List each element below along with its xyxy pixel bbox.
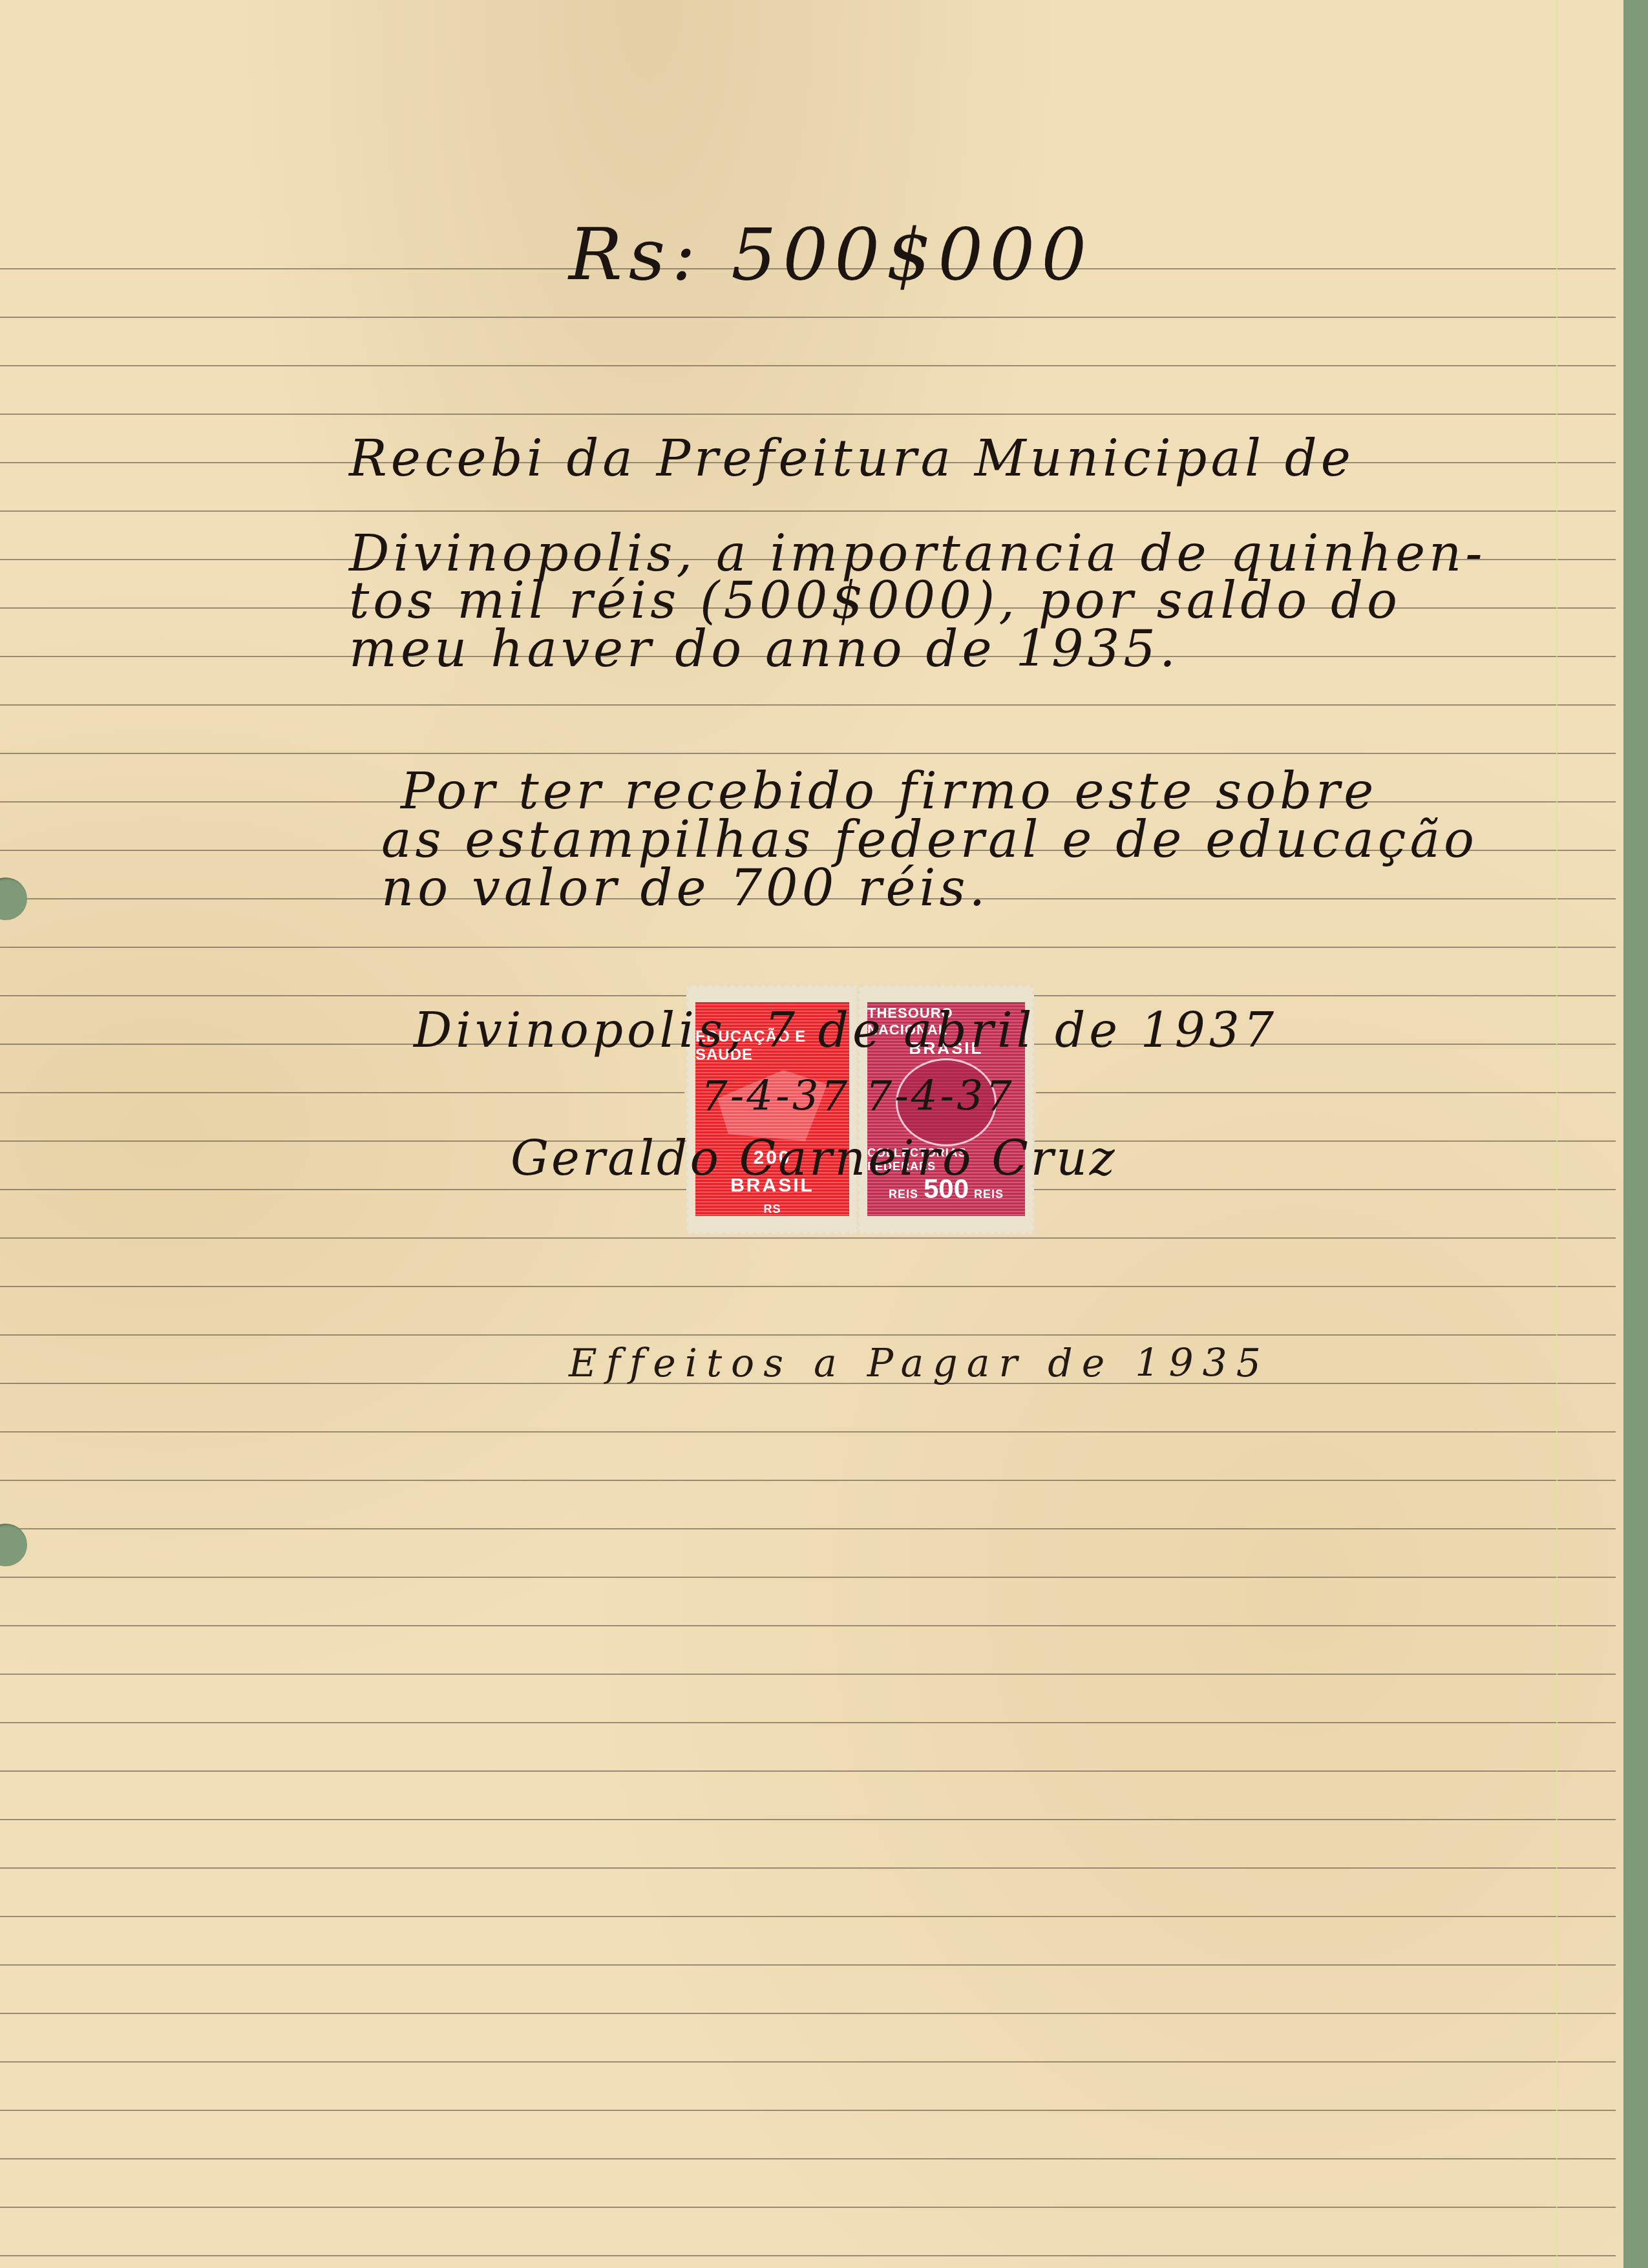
margin-line: [1556, 0, 1558, 2268]
signature: Geraldo Carneiro Cruz: [511, 1131, 1117, 1186]
annotation-note: Effeitos a Pagar de 1935: [569, 1341, 1270, 1386]
stamp-unit-left: REIS: [889, 1188, 918, 1201]
stamp-unit: RS: [763, 1202, 781, 1216]
amount-header: Rs: 500$000: [569, 213, 1093, 296]
cancel-date: 7-4-37: [865, 1073, 1014, 1120]
receipt-paper: Rs: 500$000 Recebi da Prefeitura Municip…: [0, 0, 1623, 2268]
body-line: meu haver do anno de 1935.: [349, 620, 1179, 678]
body-line: Recebi da Prefeitura Municipal de: [349, 430, 1355, 488]
body-line: no valor de 700 réis.: [381, 859, 989, 918]
stamp-cancellation: 7-4-37 7-4-37: [701, 1073, 1015, 1120]
cancel-date: 7-4-37: [701, 1073, 850, 1120]
stamp-unit-right: REIS: [974, 1188, 1004, 1201]
place-date: Divinopolis, 7 de abril de 1937: [414, 1003, 1278, 1058]
